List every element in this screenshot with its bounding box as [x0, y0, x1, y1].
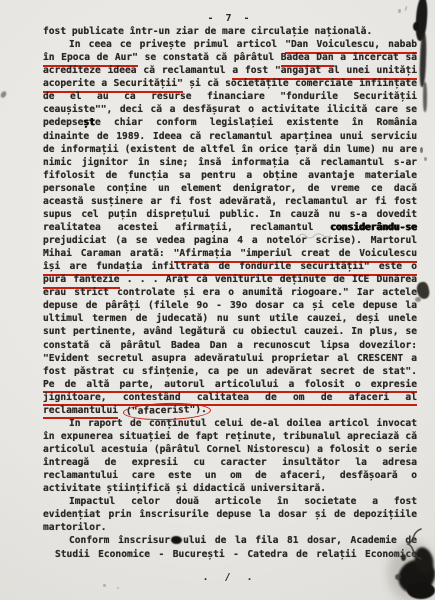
body-text: fost publicate într-un ziar de mare circ…	[43, 25, 417, 561]
corner-stain	[407, 582, 435, 599]
text-line: supus cel puțin disprețului public. In c…	[43, 208, 417, 221]
overstruck-text: șt	[83, 117, 95, 128]
overstruck-text: considerându-se	[330, 222, 417, 233]
text-line: activitate științifică și didactică univ…	[43, 482, 417, 495]
text-line: ultimul termen de judecată) nu sunt util…	[43, 312, 417, 325]
text-line: evidențiat prin înscrisurile depuse la d…	[43, 508, 417, 521]
text-line: realitatea acestei afirmații, reclamantu…	[43, 221, 417, 234]
ink-speck	[103, 584, 106, 587]
text-line: constată că pârâtul Badea Dan a recunosc…	[43, 339, 417, 352]
text-line: această susținere ar fi fost adevărată, …	[43, 195, 417, 208]
text-line: personale conține un element denigrator,…	[43, 182, 417, 195]
ink-blot	[171, 536, 182, 544]
ink-speck	[424, 157, 427, 161]
text-line: Studii Economice - București - Catedra d…	[43, 548, 417, 561]
ink-blot-right-edge	[415, 281, 430, 300]
ink-smudge-top-right	[419, 33, 427, 87]
text-line: depuse de pârâți (filele 9o - 39o dosar …	[43, 299, 417, 312]
text-line: pedepsește chiar conform legislației exi…	[43, 116, 417, 129]
ink-speck	[117, 587, 119, 589]
text-line: In ceea ce privește primul articol "Dan …	[43, 38, 417, 51]
text-line: acoperite a Securității" și că societăți…	[43, 77, 417, 90]
ink-speck	[404, 6, 408, 11]
text-line: prejudiciat (a se vedea pagina 4 a notel…	[43, 234, 417, 247]
text-line: pură fantezie . . . Arăt că veniturile d…	[43, 273, 417, 286]
continuation-mark: . / .	[43, 572, 417, 583]
text-line: de informații (existent de altfel în ori…	[43, 143, 417, 156]
text-line: în Epoca de Aur" se constată că pârâtul …	[43, 51, 417, 64]
text-line: martorilor.	[43, 521, 417, 534]
text-line: întreagă de expresii cu caracter insultă…	[43, 456, 417, 469]
text-line: dinainte de 1989. Ideea că reclamantul a…	[43, 130, 417, 143]
text-line: Conform înscrisurului de la fila 81 dosa…	[43, 534, 417, 547]
text-line: în expunerea situației de fapt reținute,…	[43, 430, 417, 443]
text-line: fost păstrat cu sfințenie, ca pe un adev…	[43, 365, 417, 378]
text-line: își are fundația infiltrată de fondurile…	[43, 260, 417, 273]
text-line: fost publicate într-un ziar de mare circ…	[43, 25, 417, 38]
text-line: sunt pertinente, având legătură cu obiec…	[43, 325, 417, 338]
text-line: reclamantului care este un om de afaceri…	[43, 469, 417, 482]
ink-smudge-top-right	[423, 82, 427, 112]
text-line: "Evident secretul asupra adevăratului pr…	[43, 352, 417, 365]
ink-speck-left-edge	[0, 90, 7, 99]
text-line: fifolosit de funcția sa pentru a obține …	[43, 169, 417, 182]
text-line: de el au ca resurse financiare "fonduril…	[43, 90, 417, 103]
text-line: Pe de altă parte, autorul articolului a …	[43, 378, 417, 391]
page-number: - 7 -	[43, 13, 417, 24]
text-line: jignitoare, contestând calitatea de om d…	[43, 391, 417, 404]
text-line: articolul acestuia (pârâtul Cornel Nisto…	[43, 443, 417, 456]
text-line: nimic jignitor în sine; însă informația …	[43, 156, 417, 169]
text-line: ceaușiste"", deci că a desfășurat o acti…	[43, 103, 417, 116]
scanned-document-page: - 7 - fost publicate într-un ziar de mar…	[0, 0, 435, 600]
text-line: Mihai Caraman arată: "Afirmația "imperiu…	[43, 247, 417, 260]
text-line: In raport de conținutul celui de-al doil…	[43, 417, 417, 430]
text-line: erau strict controlate și era o anumită …	[43, 286, 417, 299]
text-line: Impactul celor două articole în societat…	[43, 495, 417, 508]
ink-speck	[420, 147, 423, 153]
text-line: acrediteze ideea că reclamantul a fost "…	[43, 64, 417, 77]
